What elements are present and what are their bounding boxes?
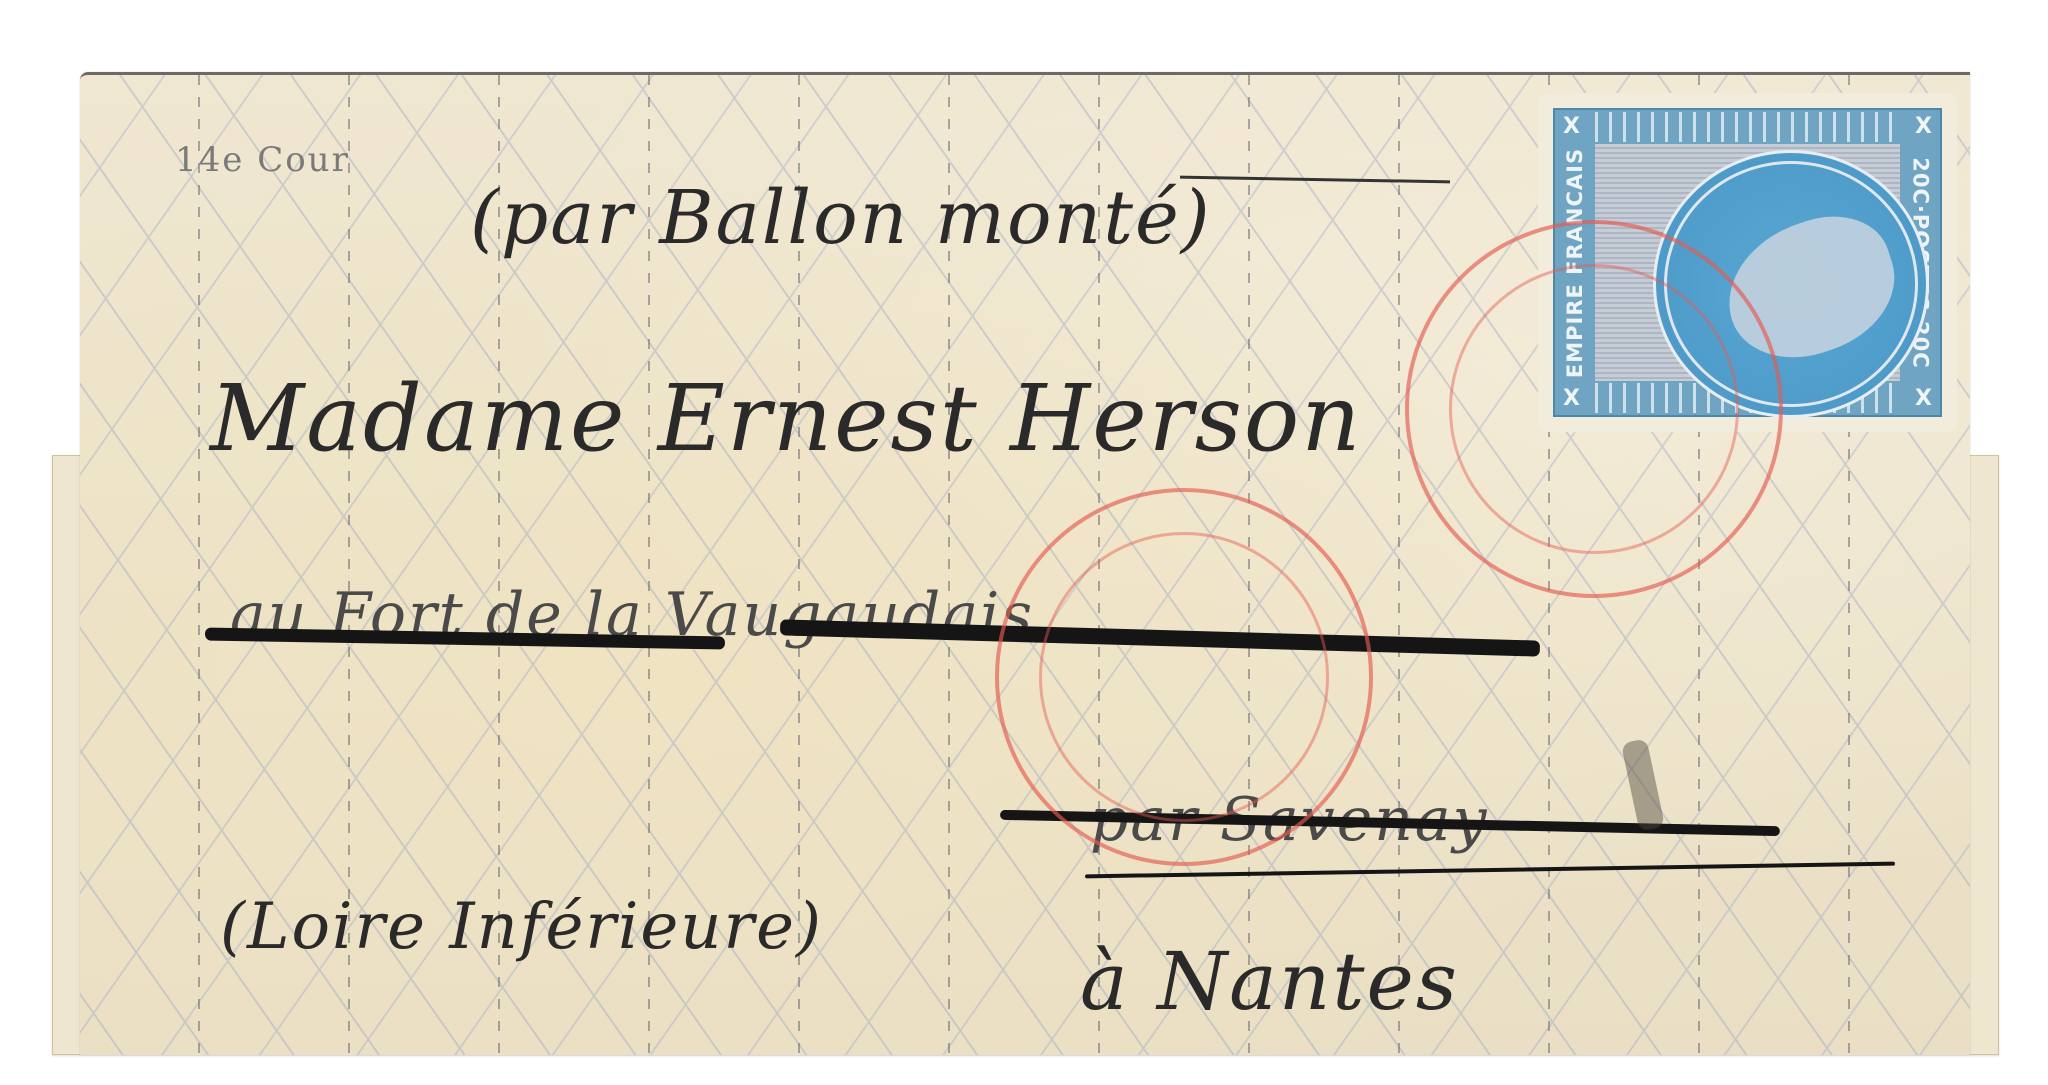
region-line: (Loire Inférieure) [220,890,823,964]
greek-key-border [1595,112,1900,142]
red-circular-datestamp-center [995,488,1373,866]
stamp-corner-x: X [1915,114,1932,139]
pencil-note: 14e Cour [175,140,350,180]
stamp-corner-x: X [1915,386,1932,411]
red-circular-datestamp-right [1405,220,1783,598]
addressee-name: Madame Ernest Herson [210,365,1363,472]
stamp-corner-x: X [1563,114,1580,139]
destination-city: à Nantes [1080,935,1459,1028]
routing-instruction: (par Ballon monté) [470,175,1212,261]
